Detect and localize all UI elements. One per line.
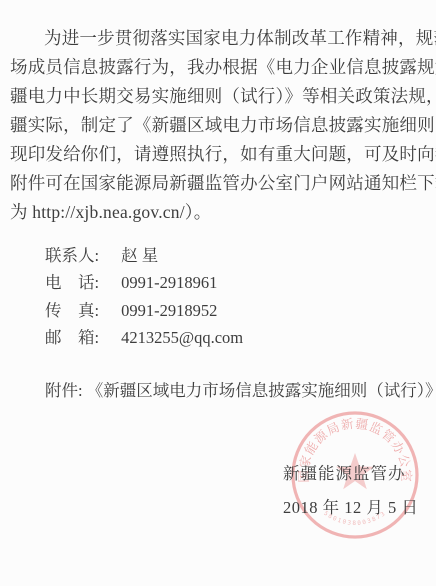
signature-block: 新疆能源监管办 2018 年 12 月 5 日 [283, 460, 418, 518]
contact-fax-value: 0991-2918952 [121, 301, 217, 320]
contact-label: 联系人: [45, 242, 111, 269]
contact-row-person: 联系人: 赵 星 [45, 242, 243, 269]
body-paragraph: 为进一步贯彻落实国家电力体制改革工作精神，规范电力市 场成员信息披露行为，我办根… [10, 24, 430, 227]
paragraph-line: 疆实际，制定了《新疆区域电力市场信息披露实施细则（试行）》 [10, 111, 430, 140]
paragraph-line: 为进一步贯彻落实国家电力体制改革工作精神，规范电力市 [10, 24, 430, 53]
paragraph-line: 现印发给你们，请遵照执行，如有重大问题，可及时向我们反馈。 [10, 140, 430, 169]
contact-label: 电 话: [45, 269, 111, 296]
document-page: 为进一步贯彻落实国家电力体制改革工作精神，规范电力市 场成员信息披露行为，我办根… [0, 0, 436, 586]
contact-phone-value: 0991-2918961 [121, 273, 217, 292]
paragraph-line: 场成员信息披露行为，我办根据《电力企业信息披露规定》、《新 [10, 53, 430, 82]
contact-email-value: 4213255@qq.com [121, 328, 243, 347]
paragraph-line: 附件可在国家能源局新疆监管办公室门户网站通知栏下载（网址 [10, 169, 430, 198]
contact-row-phone: 电 话: 0991-2918961 [45, 269, 243, 296]
contact-block: 联系人: 赵 星 电 话: 0991-2918961 传 真: 0991-291… [45, 242, 243, 351]
contact-row-fax: 传 真: 0991-2918952 [45, 297, 243, 324]
contact-row-email: 邮 箱: 4213255@qq.com [45, 324, 243, 351]
contact-person-value: 赵 星 [121, 246, 158, 265]
contact-label: 传 真: [45, 297, 111, 324]
contact-label: 邮 箱: [45, 324, 111, 351]
paragraph-line-url: 为 http://xjb.nea.gov.cn/）。 [10, 198, 430, 227]
paragraph-line: 疆电力中长期交易实施细则（试行）》等相关政策法规，结合新 [10, 82, 430, 111]
attachment-line: 附件: 《新疆区域电力市场信息披露实施细则（试行）》 [45, 377, 436, 401]
signature-org: 新疆能源监管办 [283, 460, 418, 484]
signature-date: 2018 年 12 月 5 日 [283, 494, 418, 518]
